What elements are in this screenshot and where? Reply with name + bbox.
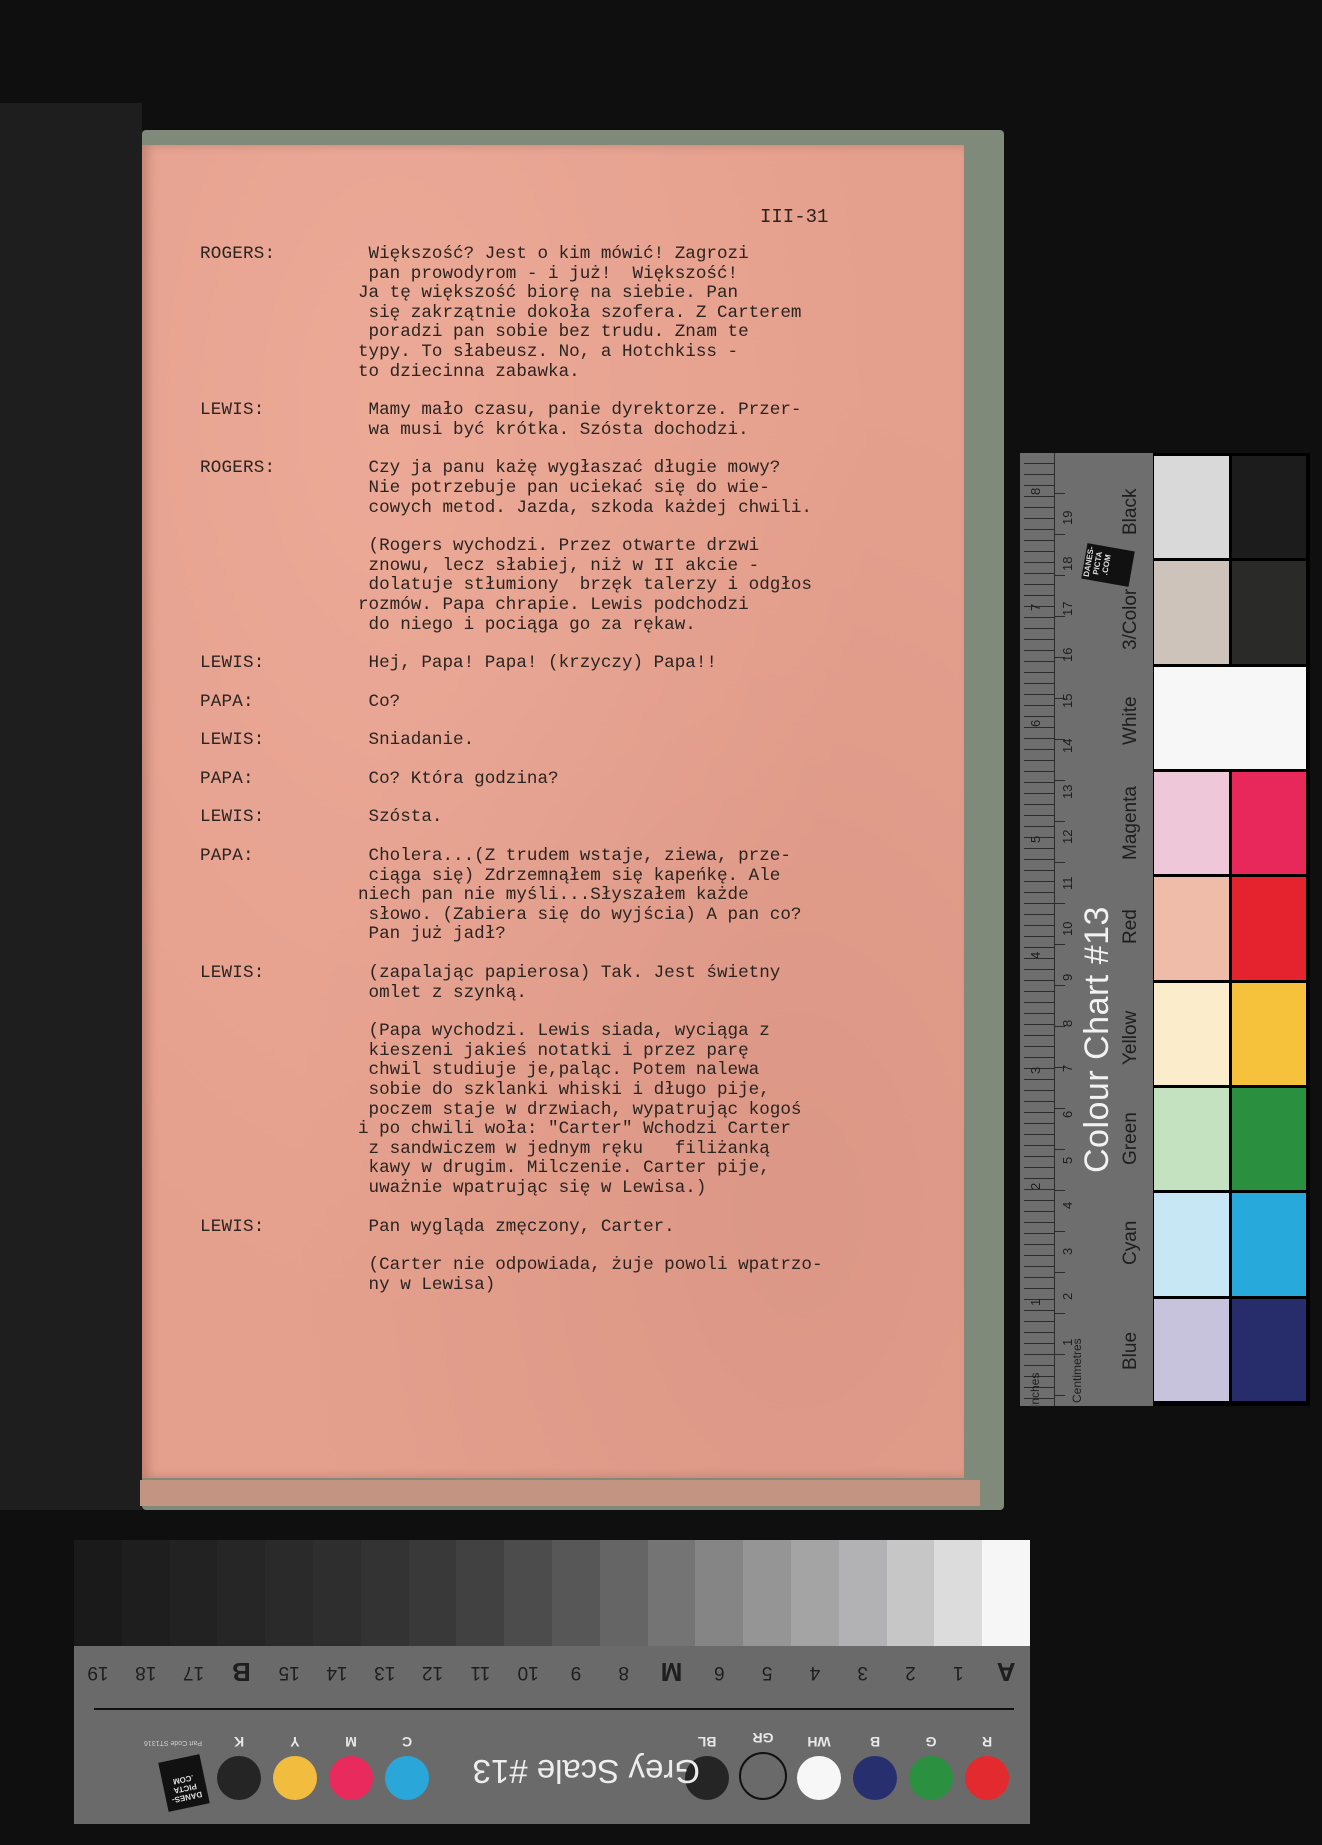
cm-mark: 8 bbox=[1060, 1020, 1075, 1027]
swatch-label: Black bbox=[1120, 488, 1142, 534]
reference-dot-label: K bbox=[234, 1734, 244, 1750]
dialogue-text: Cholera...(Z trudem wstaje, ziewa, prze-… bbox=[358, 847, 900, 945]
text-line: rozmów. Papa chrapie. Lewis podchodzi bbox=[358, 596, 900, 616]
inch-mark: 1 bbox=[1028, 1299, 1043, 1306]
reference-dot bbox=[797, 1756, 841, 1800]
swatch-white bbox=[1154, 667, 1306, 769]
colour-chart: DANES-PICTA .COM Colour Chart #13 Inches… bbox=[1020, 453, 1310, 1406]
grey-step bbox=[648, 1540, 696, 1646]
grey-step bbox=[74, 1540, 122, 1646]
reference-dot bbox=[853, 1756, 897, 1800]
grey-scale-chart: A123456M89101112131415B171819 RGBWHGRBL … bbox=[74, 1540, 1030, 1824]
dialogue-text: Czy ja panu każę wygłaszać długie mowy? … bbox=[358, 459, 900, 518]
dialogue-text: Mamy mało czasu, panie dyrektorze. Przer… bbox=[358, 401, 900, 440]
grey-step-label: 9 bbox=[552, 1661, 600, 1683]
reference-dot bbox=[273, 1756, 317, 1800]
cm-mark: 19 bbox=[1060, 511, 1075, 525]
reference-dot-item: C bbox=[384, 1734, 430, 1800]
text-line: słowo. (Zabiera się do wyjścia) A pan co… bbox=[358, 906, 900, 926]
swatch-magenta-dark bbox=[1232, 772, 1307, 874]
text-line: Czy ja panu każę wygłaszać długie mowy? bbox=[358, 459, 900, 479]
cm-mark: 2 bbox=[1060, 1293, 1075, 1300]
text-line: dolatuje stłumiony brzęk talerzy i odgło… bbox=[358, 576, 900, 596]
grey-step-label: 11 bbox=[456, 1661, 504, 1683]
text-line: poradzi pan sobie bez trudu. Znam te bbox=[358, 323, 900, 343]
swatch-yellow-light bbox=[1154, 983, 1229, 1085]
grey-step bbox=[600, 1540, 648, 1646]
dialogue-entry: LEWIS: Mamy mało czasu, panie dyrektorze… bbox=[200, 401, 900, 440]
cm-mark: 15 bbox=[1060, 693, 1075, 707]
grey-step bbox=[313, 1540, 361, 1646]
speaker-name: LEWIS: bbox=[200, 808, 358, 828]
reference-dot-item: WH bbox=[796, 1730, 842, 1800]
text-line: cowych metod. Jazda, szkoda każdej chwil… bbox=[358, 499, 900, 519]
dialogue-entry: ROGERS: Większość? Jest o kim mówić! Zag… bbox=[200, 245, 900, 382]
reference-dot-label: Y bbox=[290, 1734, 299, 1750]
swatch-label: 3/Color bbox=[1120, 589, 1142, 650]
swatch-yellow-dark bbox=[1232, 983, 1307, 1085]
text-line: (Papa wychodzi. Lewis siada, wyciąga z bbox=[358, 1022, 900, 1042]
swatch-3-color-dark bbox=[1232, 561, 1307, 663]
swatch-black-dark bbox=[1232, 456, 1307, 558]
speaker-name: PAPA: bbox=[200, 770, 358, 790]
cm-mark: 1 bbox=[1060, 1339, 1075, 1346]
text-line: Pan już jadł? bbox=[358, 925, 900, 945]
text-line: pan prowodyrom - i już! Większość! bbox=[358, 265, 900, 285]
cm-mark: 18 bbox=[1060, 556, 1075, 570]
reference-dot-label: GR bbox=[753, 1730, 774, 1746]
danes-picta-logo: DANES-PICTA .COM bbox=[1081, 543, 1135, 587]
grey-step bbox=[170, 1540, 218, 1646]
grey-step bbox=[265, 1540, 313, 1646]
reference-dot bbox=[909, 1756, 953, 1800]
reference-dot-item: G bbox=[908, 1730, 954, 1800]
backing-board bbox=[0, 103, 142, 1510]
dialogue-entry: ROGERS: Czy ja panu każę wygłaszać długi… bbox=[200, 459, 900, 518]
grey-scale-title: Grey Scale #13 bbox=[473, 1752, 700, 1790]
grey-step bbox=[504, 1540, 552, 1646]
part-code: Part Code ST1316 bbox=[144, 1738, 202, 1746]
reference-dot-item: R bbox=[964, 1730, 1010, 1800]
grey-step-label: 6 bbox=[695, 1661, 743, 1683]
inch-mark: 4 bbox=[1028, 951, 1043, 958]
grey-step bbox=[409, 1540, 457, 1646]
grey-step-label: 10 bbox=[504, 1661, 552, 1683]
text-line: Mamy mało czasu, panie dyrektorze. Przer… bbox=[358, 401, 900, 421]
stage-direction: (Carter nie odpowiada, żuje powoli wpatr… bbox=[358, 1256, 900, 1295]
grey-step-label: M bbox=[648, 1657, 696, 1688]
dialogue-text: Szósta. bbox=[358, 808, 900, 828]
grey-step-label: 17 bbox=[170, 1661, 218, 1683]
page-bottom-edge bbox=[140, 1480, 980, 1506]
grey-step bbox=[887, 1540, 935, 1646]
dialogue-text: Co? bbox=[358, 693, 900, 713]
swatch-label: Blue bbox=[1120, 1331, 1142, 1369]
grey-step-label: 15 bbox=[265, 1661, 313, 1683]
grey-step-label: 1 bbox=[934, 1661, 982, 1683]
cm-mark: 4 bbox=[1060, 1202, 1075, 1209]
text-line: omlet z szynką. bbox=[358, 984, 900, 1004]
page-number: III-31 bbox=[760, 206, 828, 228]
text-line: (zapalając papierosa) Tak. Jest świetny bbox=[358, 964, 900, 984]
dialogue-entry: LEWIS: Szósta. bbox=[200, 808, 900, 828]
reference-dot-label: R bbox=[982, 1734, 992, 1750]
cm-mark: 13 bbox=[1060, 784, 1075, 798]
text-line: do niego i pociąga go za rękaw. bbox=[358, 616, 900, 636]
grey-divider bbox=[94, 1708, 1014, 1710]
reference-dot-label: B bbox=[870, 1734, 880, 1750]
grey-step-labels: A123456M89101112131415B171819 bbox=[74, 1646, 1030, 1698]
text-line: ciąga się) Zdrzemnąłem się kapeńkę. Ale bbox=[358, 867, 900, 887]
speaker-name: ROGERS: bbox=[200, 245, 358, 382]
swatch-cyan-light bbox=[1154, 1193, 1229, 1295]
text-line: typy. To słabeusz. No, a Hotchkiss - bbox=[358, 343, 900, 363]
grey-step-label: 13 bbox=[361, 1661, 409, 1683]
reference-dot-label: BL bbox=[698, 1734, 717, 1750]
grey-step bbox=[217, 1540, 265, 1646]
grey-step-label: 4 bbox=[791, 1661, 839, 1683]
cm-mark: 3 bbox=[1060, 1248, 1075, 1255]
swatch-label: Yellow bbox=[1120, 1011, 1142, 1065]
dialogue-text: (zapalając papierosa) Tak. Jest świetny … bbox=[358, 964, 900, 1003]
chart-ruler: DANES-PICTA .COM Colour Chart #13 Inches… bbox=[1020, 453, 1153, 1406]
dialogue-text: Co? Która godzina? bbox=[358, 770, 900, 790]
grey-step bbox=[839, 1540, 887, 1646]
grey-step-label: 5 bbox=[743, 1661, 791, 1683]
cm-mark: 9 bbox=[1060, 974, 1075, 981]
centimetres-label: Centimetres bbox=[1070, 1338, 1084, 1403]
grey-step-label: 8 bbox=[600, 1661, 648, 1683]
swatch-red-light bbox=[1154, 877, 1229, 979]
dialogue-entry: LEWIS: Pan wygląda zmęczony, Carter. bbox=[200, 1218, 900, 1238]
text-line: chwil studiuje je,paląc. Potem nalewa bbox=[358, 1061, 900, 1081]
reference-dot-item: Y bbox=[272, 1734, 318, 1800]
swatch-green-dark bbox=[1232, 1088, 1307, 1190]
speaker-name: LEWIS: bbox=[200, 401, 358, 440]
reference-dot-label: G bbox=[926, 1734, 937, 1750]
inches-label: Inches bbox=[1028, 1373, 1042, 1408]
grey-step bbox=[982, 1540, 1030, 1646]
stage-direction: (Papa wychodzi. Lewis siada, wyciąga z k… bbox=[358, 1022, 900, 1198]
grey-step-label: 19 bbox=[74, 1661, 122, 1683]
dialogue-entry: LEWIS: Hej, Papa! Papa! (krzyczy) Papa!! bbox=[200, 654, 900, 674]
grey-step bbox=[552, 1540, 600, 1646]
grey-step-label: 18 bbox=[122, 1661, 170, 1683]
text-line: wa musi być krótka. Szósta dochodzi. bbox=[358, 421, 900, 441]
text-line: się zakrzątnie dokoła szofera. Z Cartere… bbox=[358, 304, 900, 324]
grey-scale-legend: RGBWHGRBL Grey Scale #13 CMYK DANES-PICT… bbox=[74, 1715, 1030, 1824]
text-line: z sandwiczem w jednym ręku filiżanką bbox=[358, 1140, 900, 1160]
reference-dot-item: GR bbox=[740, 1730, 786, 1800]
swatch-magenta-light bbox=[1154, 772, 1229, 874]
speaker-name: ROGERS: bbox=[200, 459, 358, 518]
swatch-label: White bbox=[1120, 696, 1142, 745]
swatch-label: Cyan bbox=[1120, 1220, 1142, 1264]
dialogue-entry: PAPA: Cholera...(Z trudem wstaje, ziewa,… bbox=[200, 847, 900, 945]
stage-direction: (Rogers wychodzi. Przez otwarte drzwi zn… bbox=[358, 537, 900, 635]
dialogue-text: Większość? Jest o kim mówić! Zagrozi pan… bbox=[358, 245, 900, 382]
dialogue-text: Sniadanie. bbox=[358, 731, 900, 751]
text-line: Hej, Papa! Papa! (krzyczy) Papa!! bbox=[358, 654, 900, 674]
dialogue-entry: LEWIS: (zapalając papierosa) Tak. Jest ś… bbox=[200, 964, 900, 1003]
grey-step-label: A bbox=[982, 1657, 1030, 1688]
reference-dot bbox=[217, 1756, 261, 1800]
grey-step bbox=[743, 1540, 791, 1646]
cm-mark: 6 bbox=[1060, 1111, 1075, 1118]
grey-step bbox=[791, 1540, 839, 1646]
dialogue-text: Hej, Papa! Papa! (krzyczy) Papa!! bbox=[358, 654, 900, 674]
text-line: sobie do szklanki whiski i długo pije, bbox=[358, 1081, 900, 1101]
dialogue-entry: PAPA: Co? bbox=[200, 693, 900, 713]
grey-step bbox=[695, 1540, 743, 1646]
grey-step bbox=[361, 1540, 409, 1646]
reference-dot bbox=[385, 1756, 429, 1800]
speaker-name: LEWIS: bbox=[200, 731, 358, 751]
swatch-cyan-dark bbox=[1232, 1193, 1307, 1295]
cmyk-reference-dots: CMYK bbox=[216, 1734, 430, 1800]
danes-picta-logo: DANES-PICTA .COM bbox=[158, 1754, 209, 1812]
text-line: kieszeni jakieś notatki i przez parę bbox=[358, 1042, 900, 1062]
inch-mark: 6 bbox=[1028, 720, 1043, 727]
grey-step-label: B bbox=[217, 1657, 265, 1688]
reference-dot bbox=[965, 1756, 1009, 1800]
swatch-3-color-light bbox=[1154, 561, 1229, 663]
text-line: to dziecinna zabawka. bbox=[358, 363, 900, 383]
speaker-name: PAPA: bbox=[200, 693, 358, 713]
colour-chart-title: Colour Chart #13 bbox=[1078, 906, 1117, 1173]
text-line: (Carter nie odpowiada, żuje powoli wpatr… bbox=[358, 1256, 900, 1276]
inch-mark: 5 bbox=[1028, 836, 1043, 843]
grey-step-label: 3 bbox=[839, 1661, 887, 1683]
dialogue-text: Pan wygląda zmęczony, Carter. bbox=[358, 1218, 900, 1238]
cm-mark: 14 bbox=[1060, 739, 1075, 753]
script-body: ROGERS: Większość? Jest o kim mówić! Zag… bbox=[200, 245, 900, 1314]
text-line: Sniadanie. bbox=[358, 731, 900, 751]
speaker-name: LEWIS: bbox=[200, 964, 358, 1003]
reference-dot-item: M bbox=[328, 1734, 374, 1800]
cm-mark: 7 bbox=[1060, 1065, 1075, 1072]
speaker-name: PAPA: bbox=[200, 847, 358, 945]
swatch-red-dark bbox=[1232, 877, 1307, 979]
grey-step bbox=[934, 1540, 982, 1646]
inch-mark: 7 bbox=[1028, 604, 1043, 611]
text-line: Nie potrzebuje pan uciekać się do wie- bbox=[358, 479, 900, 499]
grey-step bbox=[122, 1540, 170, 1646]
swatch-label: Magenta bbox=[1120, 786, 1142, 860]
cm-mark: 10 bbox=[1060, 921, 1075, 935]
grey-step bbox=[456, 1540, 504, 1646]
text-line: znowu, lecz słabiej, niż w II akcie - bbox=[358, 557, 900, 577]
text-line: (Rogers wychodzi. Przez otwarte drzwi bbox=[358, 537, 900, 557]
text-line: ny w Lewisa) bbox=[358, 1276, 900, 1296]
cm-mark: 16 bbox=[1060, 648, 1075, 662]
inch-ruler bbox=[1024, 453, 1055, 1406]
text-line: Cholera...(Z trudem wstaje, ziewa, prze- bbox=[358, 847, 900, 867]
cm-mark: 12 bbox=[1060, 830, 1075, 844]
reference-dot-item: K bbox=[216, 1734, 262, 1800]
reference-dot bbox=[739, 1752, 787, 1800]
text-line: Większość? Jest o kim mówić! Zagrozi bbox=[358, 245, 900, 265]
swatch-label: Green bbox=[1120, 1112, 1142, 1165]
grey-step-label: 14 bbox=[313, 1661, 361, 1683]
cm-mark: 17 bbox=[1060, 602, 1075, 616]
text-line: Pan wygląda zmęczony, Carter. bbox=[358, 1218, 900, 1238]
grey-steps bbox=[74, 1540, 1030, 1646]
text-line: Ja tę większość biorę na siebie. Pan bbox=[358, 284, 900, 304]
swatch-grid bbox=[1154, 456, 1306, 1401]
speaker-name: LEWIS: bbox=[200, 654, 358, 674]
text-line: Co? Która godzina? bbox=[358, 770, 900, 790]
grey-step-label: 12 bbox=[409, 1661, 457, 1683]
dialogue-entry: LEWIS: Sniadanie. bbox=[200, 731, 900, 751]
reference-dot-label: M bbox=[345, 1734, 357, 1750]
text-line: kawy w drugim. Milczenie. Carter pije, bbox=[358, 1159, 900, 1179]
reference-dot-label: C bbox=[402, 1734, 412, 1750]
inch-mark: 2 bbox=[1028, 1183, 1043, 1190]
text-line: Szósta. bbox=[358, 808, 900, 828]
swatch-blue-light bbox=[1154, 1299, 1229, 1401]
text-line: uważnie wpatrując się w Lewisa.) bbox=[358, 1179, 900, 1199]
rgb-reference-dots: RGBWHGRBL bbox=[684, 1730, 1010, 1800]
swatch-blue-dark bbox=[1232, 1299, 1307, 1401]
swatch-black-light bbox=[1154, 456, 1229, 558]
text-line: niech pan nie myśli...Słyszałem każde bbox=[358, 886, 900, 906]
swatch-label: Red bbox=[1120, 909, 1142, 944]
reference-dot-label: WH bbox=[807, 1734, 830, 1750]
swatch-green-light bbox=[1154, 1088, 1229, 1190]
cm-mark: 11 bbox=[1060, 877, 1075, 891]
inch-mark: 8 bbox=[1028, 488, 1043, 495]
cm-mark: 5 bbox=[1060, 1156, 1075, 1163]
text-line: i po chwili woła: "Carter" Wchodzi Carte… bbox=[358, 1120, 900, 1140]
speaker-name: LEWIS: bbox=[200, 1218, 358, 1238]
inch-mark: 3 bbox=[1028, 1067, 1043, 1074]
reference-dot-item: B bbox=[852, 1730, 898, 1800]
dialogue-entry: PAPA: Co? Która godzina? bbox=[200, 770, 900, 790]
text-line: Co? bbox=[358, 693, 900, 713]
reference-dot bbox=[329, 1756, 373, 1800]
text-line: poczem staje w drzwiach, wypatrując kogo… bbox=[358, 1101, 900, 1121]
grey-step-label: 2 bbox=[887, 1661, 935, 1683]
